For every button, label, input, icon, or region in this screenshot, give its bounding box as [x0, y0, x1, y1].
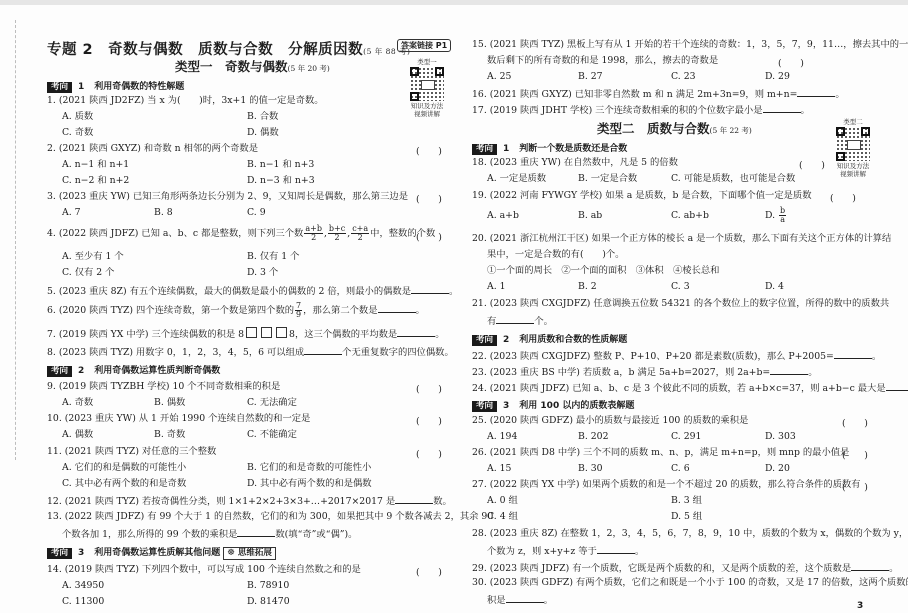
fraction: ba [779, 207, 786, 224]
fill-blank[interactable] [770, 365, 808, 375]
q27-option-b[interactable]: B. 3 组 [671, 495, 702, 507]
question-6: 6. (2020 陕西 TYZ) 四个连续奇数，第一个数是第四个数的79，那么第… [47, 302, 425, 320]
answer-paren[interactable]: ( ) [416, 446, 442, 460]
kaoxiang-tag: 考向 [47, 366, 72, 377]
answer-paren[interactable]: ( ) [416, 564, 442, 578]
q15-option-d[interactable]: D. 29 [765, 71, 790, 83]
qr-label-bottom-1: 知识及方法 [404, 102, 450, 110]
question-25: 25. (2020 陕西 GDFZ) 最小的质数与最接近 100 的质数的乘积是 [472, 415, 748, 427]
question-21-line1: 21. (2023 陕西 CXGJDFZ) 任意调换五位数 54321 的各个数… [472, 298, 889, 310]
q19-option-b[interactable]: B. ab [578, 210, 602, 222]
q4-text-pre: 4. (2022 陕西 JDFZ) 已知 a、b、c 都是整数，则下列三个数 [47, 228, 303, 239]
q11-option-d[interactable]: D. 其中必有两个数的和是偶数 [247, 478, 372, 490]
question-21-line2: 有个。 [487, 314, 553, 328]
question-11: 11. (2021 陕西 TYZ) 对任意的三个整数 [47, 446, 216, 458]
type1-note: (5 年 20 考) [288, 64, 330, 73]
answer-link-badge[interactable]: 答案链接 P1 [397, 39, 451, 52]
type2-heading: 类型二 质数与合数(5 年 22 考) [597, 119, 752, 137]
question-28-line1: 28. (2023 重庆 8Z) 在整数 1，2，3，4，5，6，7，8，9，1… [472, 528, 908, 540]
question-3: 3. (2023 重庆 YW) 已知三角形两条边长分别为 2、9，又知周长是偶数… [47, 191, 408, 203]
digit-box[interactable] [276, 327, 287, 338]
section-heading-t1k3: 考向3利用奇偶数运算性质解其他问题☸ 思维拓展 [47, 545, 276, 560]
answer-paren[interactable]: ( ) [416, 191, 442, 205]
fill-blank[interactable] [797, 87, 835, 97]
q15-option-a[interactable]: A. 25 [487, 71, 511, 83]
q3-option-c[interactable]: C. 9 [247, 207, 266, 219]
question-4: 4. (2022 陕西 JDFZ) 已知 a、b、c 都是整数，则下列三个数a+… [47, 224, 435, 244]
qr-label-top: 类型二 [830, 118, 876, 126]
fill-blank[interactable] [763, 103, 801, 113]
fraction: a+b2 [304, 225, 323, 242]
q3-option-b[interactable]: B. 8 [154, 207, 173, 219]
q15-option-c[interactable]: C. 23 [671, 71, 696, 83]
section-heading-t2k1: 考向1判断一个数是质数还是合数 [472, 141, 627, 155]
kaoxiang-tag: 考向 [472, 335, 497, 346]
answer-paren[interactable]: ( ) [799, 157, 825, 171]
q20-option-a[interactable]: A. 1 [487, 281, 506, 293]
q11-option-a[interactable]: A. 它们的和是偶数的可能性小 [62, 462, 186, 474]
section-heading-t1k2: 考向2利用奇偶数运算性质判断奇偶数 [47, 363, 220, 377]
answer-paren[interactable]: ( ) [842, 447, 868, 461]
fraction: b+c2 [328, 225, 346, 242]
question-16: 16. (2021 陕西 GXYZ) 已知非零自然数 m 和 n 满足 2m+3… [472, 87, 845, 101]
q11-option-b[interactable]: B. 它们的和是奇数的可能性小 [247, 462, 371, 474]
qr-label-top: 类型一 [404, 58, 450, 66]
q27-option-d[interactable]: D. 5 组 [671, 511, 702, 523]
q1-option-a[interactable]: A. 质数 [62, 111, 93, 123]
binding-margin-line [15, 20, 17, 460]
type1-heading: 类型一 奇数与偶数(5 年 20 考) [175, 57, 330, 75]
answer-paren[interactable]: ( ) [416, 229, 442, 243]
worksheet-page: 专题 2 奇数与偶数 质数与合数 分解质因数(5 年 88 考) 答案链接 P1… [0, 0, 908, 613]
q14-option-b[interactable]: B. 78910 [247, 580, 289, 592]
question-17: 17. (2019 陕西 JDHT 学校) 三个连续奇数相乘的积的个位数字最小是… [472, 103, 810, 117]
question-20-line2: 果中，一定是合数的有( )个。 [487, 249, 624, 261]
type2-note: (5 年 22 考) [710, 126, 752, 135]
qr-label-bottom-1: 知识及方法 [830, 162, 876, 170]
qr-code-type1[interactable]: 类型一 知识及方法 视频讲解 [404, 58, 450, 118]
q14-option-a[interactable]: A. 34950 [62, 580, 104, 592]
q26-option-d[interactable]: D. 20 [765, 463, 790, 475]
q25-option-d[interactable]: D. 303 [765, 431, 796, 443]
section-title: 利用奇偶数的特性解题 [94, 82, 184, 92]
fill-blank[interactable] [397, 327, 435, 337]
page-title: 专题 2 奇数与偶数 质数与合数 分解质因数(5 年 88 考) [47, 38, 410, 59]
q9-option-b[interactable]: B. 偶数 [154, 397, 185, 409]
q2-option-a[interactable]: A. n−1 和 n+1 [62, 159, 129, 171]
question-26: 26. (2021 陕西 D8 中学) 三个不同的质数 m、n、p，满足 m+n… [472, 447, 849, 459]
q4-option-c[interactable]: C. 仅有 2 个 [62, 267, 114, 279]
fill-blank[interactable] [886, 381, 908, 391]
section-heading-t2k3: 考向3利用 100 以内的质数表解题 [472, 398, 634, 412]
question-15-line2: 数后剩下的所有奇数的和是 1998，那么，擦去的奇数是 [487, 55, 718, 67]
question-19: 19. (2022 河南 FYWGY 学校) 如果 a 是质数，b 是合数，下面… [472, 190, 812, 202]
question-14: 14. (2019 陕西 TYZ) 下列四个数中，可以写成 100 个连续自然数… [47, 564, 361, 576]
q18-option-c[interactable]: C. 可能是质数，也可能是合数 [671, 173, 795, 185]
question-13-line2: 个数各加 1，那么所得的 99 个数的乘积是数(填“奇”或“偶”)。 [62, 527, 357, 541]
question-15-line1: 15. (2021 陕西 TYZ) 黑板上写有从 1 开始的若干个连续的奇数：1… [472, 39, 908, 51]
answer-paren[interactable]: ( ) [842, 415, 868, 429]
qr-code-icon [410, 67, 444, 101]
question-20-line1: 20. (2021 浙江杭州江干区) 如果一个正方体的棱长 a 是一个质数，那么… [472, 233, 891, 245]
question-28-line2: 个数为 z，则 x+y+z 等于。 [487, 544, 644, 558]
type1-title: 类型一 奇数与偶数 [175, 59, 288, 74]
q26-option-a[interactable]: A. 15 [487, 463, 511, 475]
question-7: 7. (2019 陕西 YX 中学) 三个连续偶数的积是 88，这三个偶数的平均… [47, 327, 445, 341]
q9-option-c[interactable]: C. 无法确定 [247, 397, 297, 409]
kaoxiang-tag: 考向 [47, 548, 72, 559]
q10-option-c[interactable]: C. 不能确定 [247, 429, 297, 441]
q1-option-b[interactable]: B. 合数 [247, 111, 278, 123]
question-20-items: ①一个面的周长 ②一个面的面积 ③体积 ④棱长总和 [487, 265, 719, 277]
q20-option-b[interactable]: B. 2 [578, 281, 597, 293]
question-27: 27. (2022 陕西 YX 中学) 如果两个质数的和是一个不超过 20 的质… [472, 479, 860, 491]
fraction: c+a2 [351, 225, 369, 242]
question-22: 22. (2023 陕西 CXGJDFZ) 整数 P、P+10、P+20 都是素… [472, 349, 881, 363]
question-1: 1. (2021 陕西 JD2FZ) 当 x 为( )时，3x+1 的值一定是奇… [47, 95, 324, 107]
title-text: 专题 2 奇数与偶数 质数与合数 分解质因数 [47, 42, 363, 58]
q25-option-c[interactable]: C. 291 [671, 431, 701, 443]
answer-paren[interactable]: ( ) [842, 479, 868, 493]
fill-blank[interactable] [304, 345, 342, 355]
q26-option-b[interactable]: B. 30 [578, 463, 603, 475]
fill-blank[interactable] [851, 561, 889, 571]
fraction: 79 [295, 302, 302, 319]
question-5: 5. (2023 重庆 8Z) 有五个连续偶数，最大的偶数是最小的偶数的 2 倍… [47, 284, 458, 298]
answer-paren[interactable]: ( ) [830, 190, 856, 204]
question-12: 12. (2021 陕西 TYZ) 若按奇偶性分类，则 1×1+2×2+3×3+… [47, 494, 452, 508]
question-24: 24. (2021 陕西 JDFZ) 已知 a、b、c 是 3 个彼此不同的质数… [472, 381, 908, 395]
kaoxiang-tag: 考向 [47, 82, 72, 93]
q25-option-b[interactable]: B. 202 [578, 431, 609, 443]
fill-blank[interactable] [496, 314, 534, 324]
q4-option-a[interactable]: A. 至少有 1 个 [62, 251, 124, 263]
q20-option-c[interactable]: C. 3 [671, 281, 690, 293]
section-heading-t1k1: 考向1利用奇偶数的特性解题 [47, 79, 184, 93]
question-30-line1: 30. (2023 陕西 GDFZ) 有两个质数，它们之和既是一个小于 100 … [472, 577, 908, 589]
fill-blank[interactable] [395, 494, 433, 504]
qr-label-bottom-2: 视频讲解 [404, 110, 450, 118]
question-23: 23. (2023 重庆 BS 中学) 若质数 a，b 满足 5a+b=2027… [472, 365, 818, 379]
q4-option-b[interactable]: B. 仅有 1 个 [247, 251, 299, 263]
question-13-line1: 13. (2022 陕西 JDFZ) 有 99 个大于 1 的自然数，它们的和为… [47, 511, 493, 523]
digit-box[interactable] [246, 327, 257, 338]
question-30-line2: 积是。 [487, 593, 553, 607]
q14-option-c[interactable]: C. 11300 [62, 596, 104, 608]
q18-option-a[interactable]: A. 一定是质数 [487, 173, 546, 185]
q20-option-d[interactable]: D. 4 [765, 281, 784, 293]
q14-option-d[interactable]: D. 81470 [247, 596, 290, 608]
q2-option-c[interactable]: C. n−2 和 n+2 [62, 175, 129, 187]
answer-paren[interactable]: ( ) [778, 55, 804, 69]
answer-paren[interactable]: ( ) [416, 413, 442, 427]
q9-option-a[interactable]: A. 奇数 [62, 397, 93, 409]
q10-option-a[interactable]: A. 偶数 [62, 429, 93, 441]
question-9: 9. (2019 陕西 TYZBH 学校) 10 个不同奇数相乘的积是 [47, 381, 280, 393]
fill-blank[interactable] [506, 593, 544, 603]
fill-blank[interactable] [597, 544, 635, 554]
question-10: 10. (2023 重庆 YW) 从 1 开始 1990 个连续自然数的和一定是 [47, 413, 310, 425]
q1-option-c[interactable]: C. 奇数 [62, 127, 93, 139]
thinking-extension-badge[interactable]: ☸ 思维拓展 [223, 547, 276, 560]
q25-option-a[interactable]: A. 194 [487, 431, 517, 443]
q27-option-c[interactable]: C. 4 组 [487, 511, 518, 523]
q10-option-b[interactable]: B. 奇数 [154, 429, 185, 441]
question-2: 2. (2021 陕西 GXYZ) 和奇数 n 相邻的两个奇数是 [47, 143, 258, 155]
q15-option-b[interactable]: B. 27 [578, 71, 603, 83]
kaoxiang-tag: 考向 [472, 401, 497, 412]
qr-code-type2[interactable]: 类型二 知识及方法 视频讲解 [830, 118, 876, 178]
digit-box[interactable] [261, 327, 272, 338]
fill-blank[interactable] [237, 527, 275, 537]
section-number: 1 [78, 82, 84, 92]
kaoxiang-tag: 考向 [472, 144, 497, 155]
q19-option-a[interactable]: A. a+b [487, 210, 519, 222]
fill-blank[interactable] [378, 303, 416, 313]
answer-paren[interactable]: ( ) [416, 381, 442, 395]
q26-option-c[interactable]: C. 6 [671, 463, 690, 475]
page-number: 3 [857, 601, 863, 611]
q3-option-a[interactable]: A. 7 [62, 207, 81, 219]
answer-paren[interactable]: ( ) [416, 143, 442, 157]
qr-code-icon [836, 127, 870, 161]
fill-blank[interactable] [834, 349, 872, 359]
q18-option-b[interactable]: B. 一定是合数 [578, 173, 637, 185]
type2-title: 类型二 质数与合数 [597, 121, 710, 136]
q4-option-d[interactable]: D. 3 个 [247, 267, 278, 279]
q27-option-a[interactable]: A. 0 组 [487, 495, 518, 507]
question-8: 8. (2023 陕西 TYZ) 用数字 0，1，2，3，4，5，6 可以组成个… [47, 345, 454, 359]
qr-label-bottom-2: 视频讲解 [830, 170, 876, 178]
question-29: 29. (2023 陕西 JDFZ) 有一个质数，它既是两个质数的和，又是两个质… [472, 561, 898, 575]
q19-option-d[interactable]: D. ba [765, 204, 787, 228]
section-heading-t2k2: 考向2利用质数和合数的性质解题 [472, 332, 627, 346]
question-18: 18. (2023 重庆 YW) 在自然数中，凡是 5 的倍数 [472, 157, 678, 169]
q11-option-c[interactable]: C. 其中必有两个数的和是奇数 [62, 478, 186, 490]
q2-option-b[interactable]: B. n−1 和 n+3 [247, 159, 314, 171]
fill-blank[interactable] [411, 284, 449, 294]
q2-option-d[interactable]: D. n−3 和 n+3 [247, 175, 315, 187]
scan-top-edge [0, 0, 908, 5]
q1-option-d[interactable]: D. 偶数 [247, 127, 279, 139]
q19-option-c[interactable]: C. ab+b [671, 210, 709, 222]
